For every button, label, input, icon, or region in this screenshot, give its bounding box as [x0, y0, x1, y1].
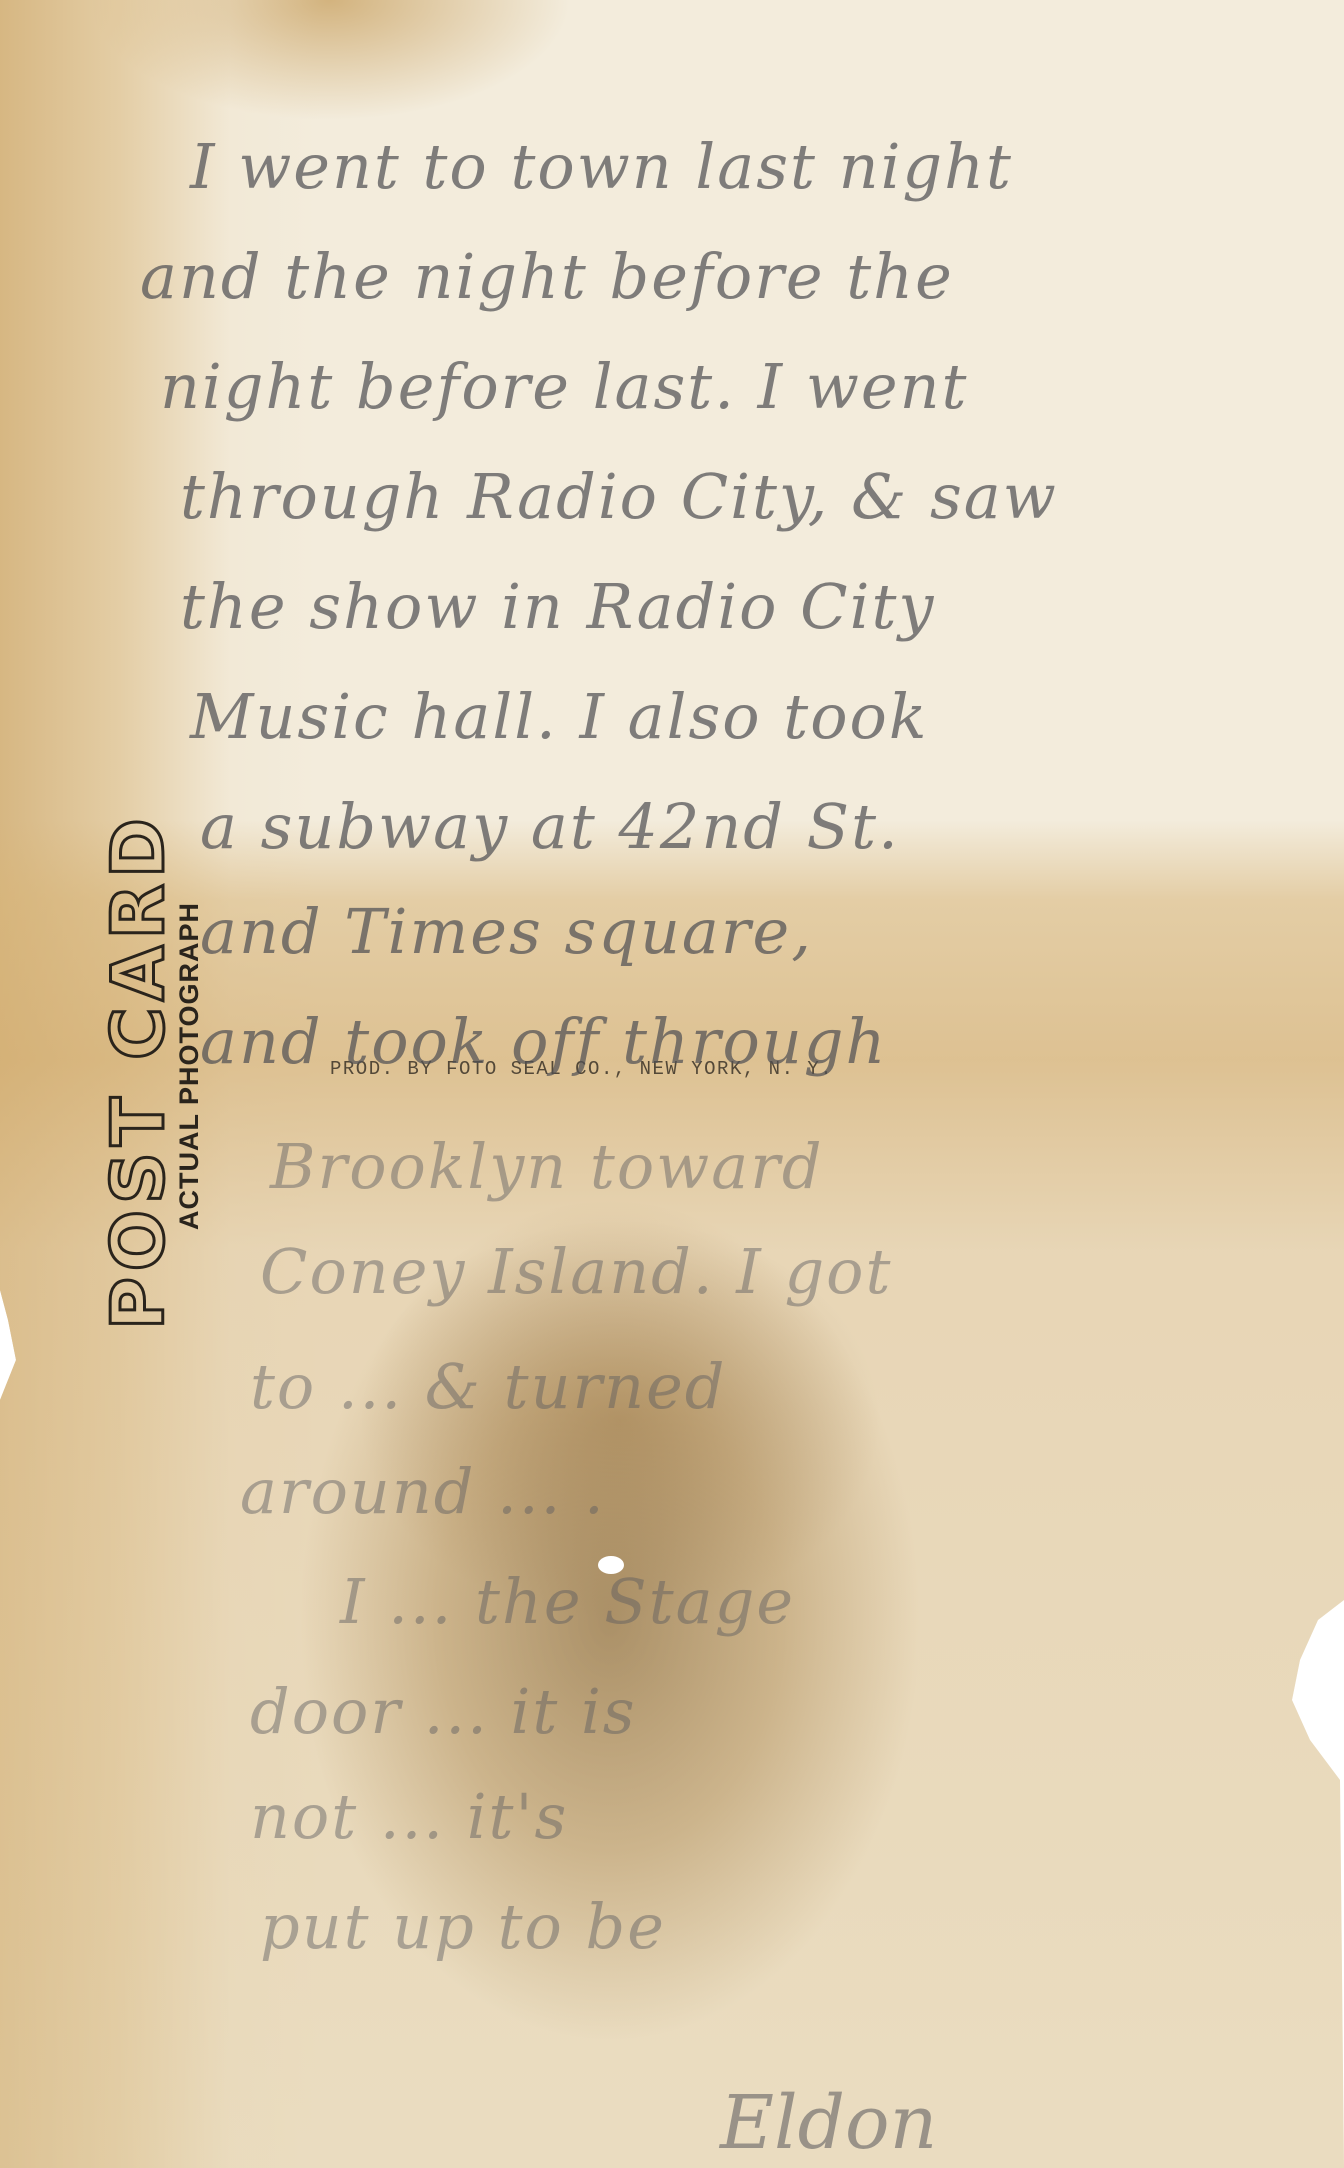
message-line: around ... .: [240, 1455, 606, 1528]
message-line: door ... it is: [250, 1675, 637, 1748]
message-line: and took off through: [200, 1005, 887, 1078]
message-line: I ... the Stage: [340, 1565, 795, 1638]
signature: Eldon: [720, 2080, 937, 2166]
message-line: and Times square,: [200, 895, 813, 968]
message-line: I went to town last night: [190, 130, 1013, 203]
message-line: and the night before the: [140, 240, 954, 313]
message-line: Music hall. I also took: [190, 680, 928, 753]
message-line: night before last. I went: [160, 350, 968, 423]
postcard-title: POST CARD: [100, 812, 176, 1330]
postcard-printed-heading: POST CARD ACTUAL PHOTOGRAPH: [100, 812, 205, 1330]
message-line: Brooklyn toward: [270, 1130, 824, 1203]
message-line: the show in Radio City: [180, 570, 935, 643]
message-line: put up to be: [260, 1890, 666, 1963]
message-line: Coney Island. I got: [260, 1235, 892, 1308]
message-line: not ... it's: [250, 1780, 568, 1853]
message-line: through Radio City, & saw: [180, 460, 1058, 533]
message-line: to ... & turned: [250, 1350, 726, 1423]
postcard-back: POST CARD ACTUAL PHOTOGRAPH PROD. BY FOT…: [0, 0, 1344, 2168]
message-line: a subway at 42nd St.: [200, 790, 900, 863]
